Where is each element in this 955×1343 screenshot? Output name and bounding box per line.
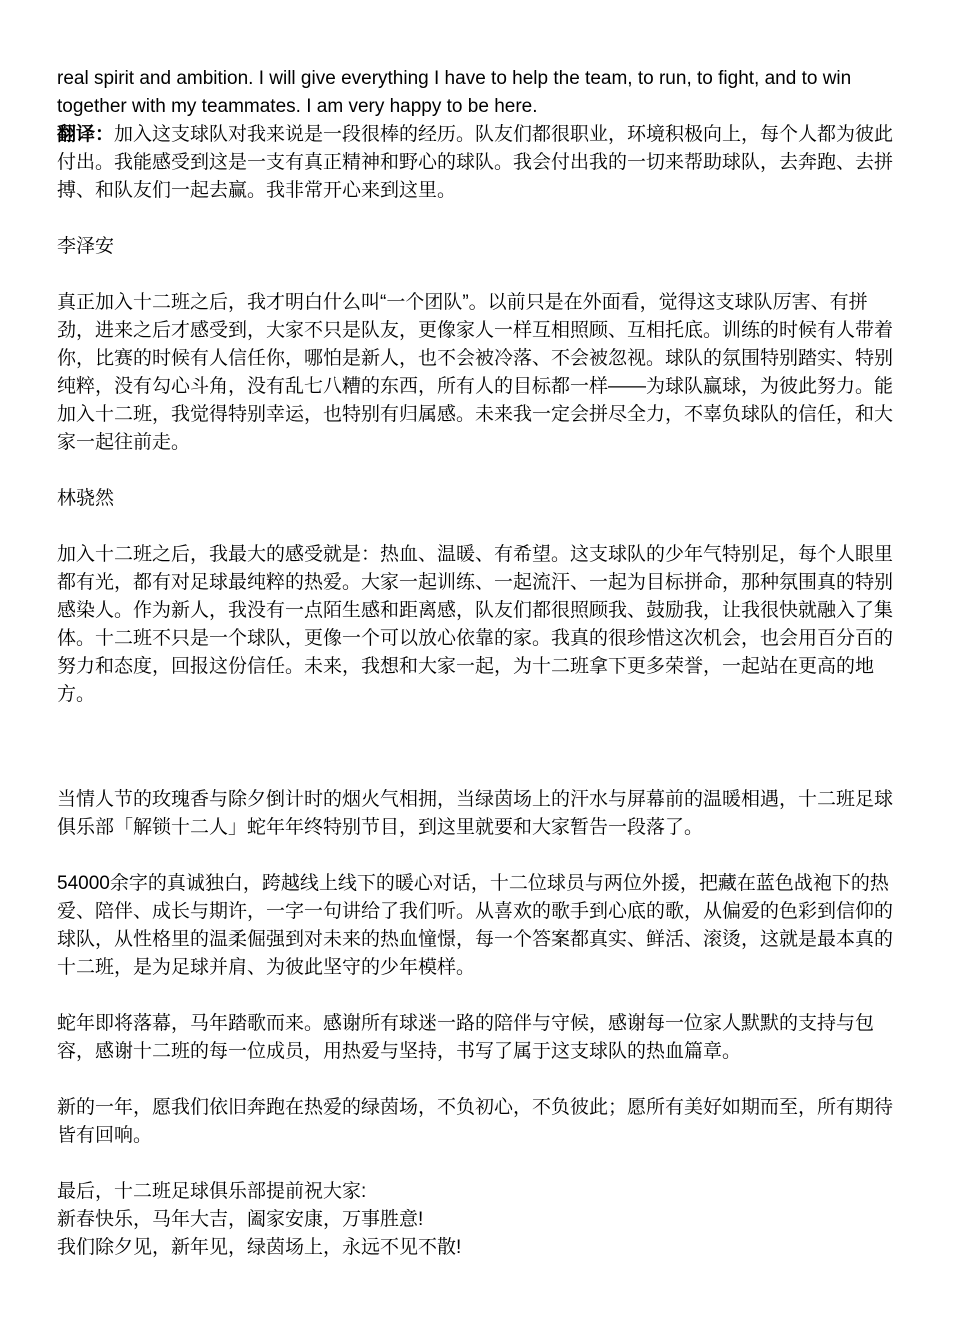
article-page: real spirit and ambition. I will give ev… <box>0 0 955 1343</box>
blessing-line: 我们除夕见，新年见，绿茵场上，永远不见不散! <box>57 1234 900 1262</box>
closing-paragraph: 新的一年，愿我们依旧奔跑在热爱的绿茵场，不负初心，不负彼此；愿所有美好如期而至，… <box>57 1094 900 1150</box>
translation-text: 加入这支球队对我来说是一段很棒的经历。队友们都很职业，环境积极向上，每个人都为彼… <box>57 124 893 201</box>
player-name: 李泽安 <box>57 233 900 261</box>
article-content: real spirit and ambition. I will give ev… <box>0 0 955 1262</box>
player-name: 林骁然 <box>57 485 900 513</box>
player-quote: 加入十二班之后，我最大的感受就是：热血、温暖、有希望。这支球队的少年气特别足，每… <box>57 541 900 709</box>
blessing-line: 新春快乐，马年大吉，阖家安康，万事胜意! <box>57 1206 900 1234</box>
closing-paragraph: 蛇年即将落幕，马年踏歌而来。感谢所有球迷一路的陪伴与守候，感谢每一位家人默默的支… <box>57 1010 900 1066</box>
english-quote-paragraph: real spirit and ambition. I will give ev… <box>57 65 900 121</box>
player-quote: 真正加入十二班之后，我才明白什么叫“一个团队”。以前只是在外面看，觉得这支球队厉… <box>57 289 900 457</box>
blessing-intro-line: 最后，十二班足球俱乐部提前祝大家: <box>57 1178 900 1206</box>
translation-paragraph: 翻译：加入这支球队对我来说是一段很棒的经历。队友们都很职业，环境积极向上，每个人… <box>57 121 900 205</box>
translation-label: 翻译： <box>57 124 114 145</box>
closing-paragraph: 54000余字的真诚独白，跨越线上线下的暖心对话，十二位球员与两位外援，把藏在蓝… <box>57 870 900 982</box>
closing-paragraph: 当情人节的玫瑰香与除夕倒计时的烟火气相拥，当绿茵场上的汗水与屏幕前的温暖相遇，十… <box>57 786 900 842</box>
